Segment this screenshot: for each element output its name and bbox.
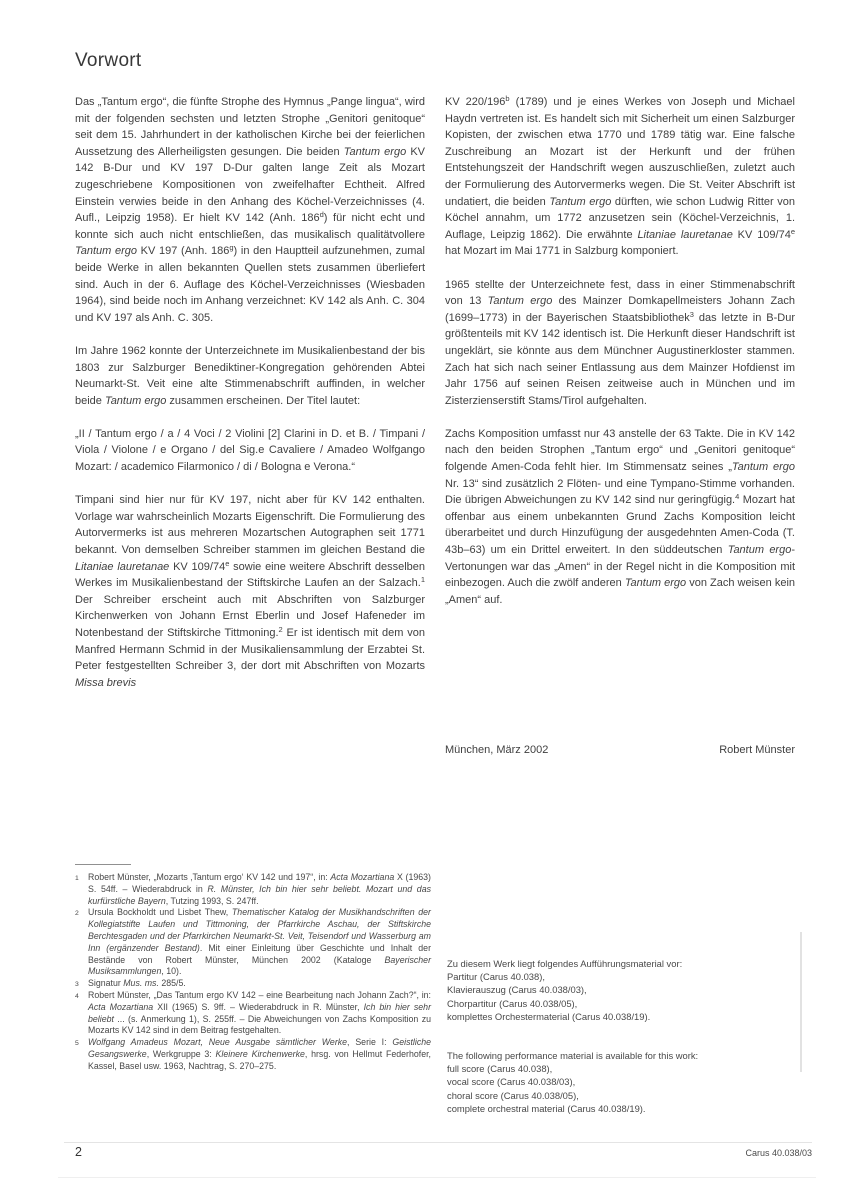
paragraph: Das „Tantum ergo“, die fünfte Strophe de… — [75, 94, 425, 326]
footnote-text: Ursula Bockholdt und Lisbet Thew, Themat… — [88, 907, 431, 978]
footer-rule — [64, 1142, 812, 1143]
signoff: München, März 2002 Robert Münster — [445, 744, 795, 756]
footnote-number: 1 — [75, 873, 88, 908]
materials-line: choral score (Carus 40.038/05), — [447, 1089, 809, 1102]
footnotes-block: 1 Robert Münster, „Mozarts ‚Tantum ergo‘… — [75, 864, 431, 1073]
footnote-number: 5 — [75, 1038, 88, 1073]
footnote: 5 Wolfgang Amadeus Mozart, Neue Ausgabe … — [75, 1037, 431, 1072]
footnote: 4 Robert Münster, „Das Tantum ergo KV 14… — [75, 990, 431, 1037]
document-page: Vorwort Das „Tantum ergo“, die fünfte St… — [0, 0, 848, 1200]
signoff-place-date: München, März 2002 — [445, 744, 548, 756]
footnote: 3 Signatur Mus. ms. 285/5. — [75, 978, 431, 990]
footnote-number: 3 — [75, 979, 88, 991]
bottom-edge-line — [58, 1177, 816, 1178]
materials-line: komplettes Orchestermaterial (Carus 40.0… — [447, 1010, 809, 1023]
footnote-separator — [75, 864, 131, 865]
footnote-number: 2 — [75, 908, 88, 979]
materials-line: vocal score (Carus 40.038/03), — [447, 1075, 809, 1088]
footnote-text: Signatur Mus. ms. 285/5. — [88, 978, 431, 990]
materials-line: The following performance material is av… — [447, 1049, 809, 1062]
materials-line: Klavierauszug (Carus 40.038/03), — [447, 983, 809, 996]
page-number: 2 — [64, 1145, 82, 1159]
paragraph: 1965 stellte der Unterzeichnete fest, da… — [445, 277, 795, 410]
footnote: 2 Ursula Bockholdt und Lisbet Thew, Them… — [75, 907, 431, 978]
paragraph: KV 220/196b (1789) und je eines Werkes v… — [445, 94, 795, 260]
materials-english: The following performance material is av… — [447, 1049, 809, 1115]
materials-line: Chorpartitur (Carus 40.038/05), — [447, 997, 809, 1010]
paragraph-source-title-quote: „II / Tantum ergo / a / 4 Voci / 2 Violi… — [75, 426, 425, 476]
materials-block: Zu diesem Werk liegt folgendes Aufführun… — [447, 957, 809, 1115]
catalog-number: Carus 40.038/03 — [745, 1145, 812, 1158]
footnote-number: 4 — [75, 991, 88, 1038]
footnote-text: Wolfgang Amadeus Mozart, Neue Ausgabe sä… — [88, 1037, 431, 1072]
left-column: Das „Tantum ergo“, die fünfte Strophe de… — [75, 94, 425, 708]
paragraph: Zachs Komposition umfasst nur 43 anstell… — [445, 426, 795, 609]
scan-artifact-line — [800, 932, 802, 1072]
footnote-text: Robert Münster, „Das Tantum ergo KV 142 … — [88, 990, 431, 1037]
page-footer: 2 Carus 40.038/03 — [64, 1145, 812, 1159]
signoff-author: Robert Münster — [719, 744, 795, 756]
materials-line: complete orchestral material (Carus 40.0… — [447, 1102, 809, 1115]
materials-line: Zu diesem Werk liegt folgendes Aufführun… — [447, 957, 809, 970]
footnote: 1 Robert Münster, „Mozarts ‚Tantum ergo‘… — [75, 872, 431, 907]
paragraph: Timpani sind hier nur für KV 197, nicht … — [75, 492, 425, 691]
materials-line: full score (Carus 40.038), — [447, 1062, 809, 1075]
page-title: Vorwort — [75, 50, 142, 72]
right-column: KV 220/196b (1789) und je eines Werkes v… — [445, 94, 795, 625]
paragraph: Im Jahre 1962 konnte der Unterzeichnete … — [75, 343, 425, 409]
materials-german: Zu diesem Werk liegt folgendes Aufführun… — [447, 957, 809, 1023]
materials-line: Partitur (Carus 40.038), — [447, 970, 809, 983]
footnote-text: Robert Münster, „Mozarts ‚Tantum ergo‘ K… — [88, 872, 431, 907]
